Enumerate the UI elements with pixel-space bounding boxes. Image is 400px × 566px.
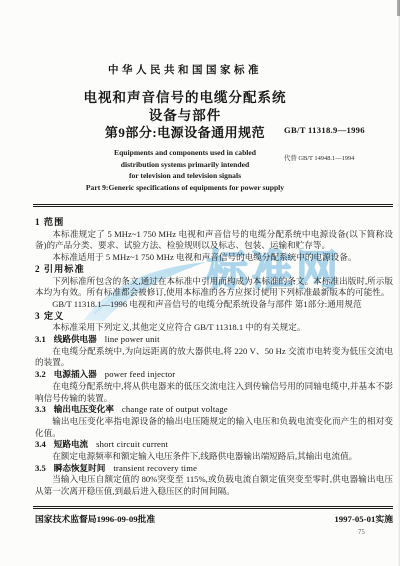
approval-authority-date: 国家技术监督局1996-09-09批准 xyxy=(35,512,155,525)
definition-body-3-3: 输出电压变化率指电源设备的输出电压随规定的输入电压和负载电流变化而产生的相对变化… xyxy=(35,416,393,439)
definition-term-zh: 线路供电器 xyxy=(54,334,97,344)
scope-paragraph-1: 本标准规定了 5 MHz~1 750 MHz 电视和声音信号的电缆分配系统中电源… xyxy=(35,229,393,252)
footer: 国家技术监督局1996-09-09批准 1997-05-01实施 xyxy=(35,512,393,525)
references-paragraph: 下列标准所包含的条文,通过在本标准中引用而构成为本标准的条文。本标准出版时,所示… xyxy=(35,276,393,299)
implementation-date: 1997-05-01实施 xyxy=(334,512,393,525)
title-en-line4: Part 9:Generic specifications of equipme… xyxy=(35,182,335,194)
section-heading-definitions: 3 定义 xyxy=(35,311,393,323)
definition-term-3-1: 3.1线路供电器line power unit xyxy=(35,334,393,346)
section-heading-references: 2 引用标准 xyxy=(35,264,393,276)
definitions-intro: 本标准采用下列定义,其他定义应符合 GB/T 11318.1 中的有关规定。 xyxy=(35,322,393,334)
page-number: 75 xyxy=(358,529,365,536)
definition-body-3-4: 在额定电源频率和额定输入电压条件下,线路供电器输出端短路后,其输出电流值。 xyxy=(35,451,393,463)
header-rule xyxy=(33,204,393,207)
definition-term-en: short circuit current xyxy=(96,439,168,449)
reference-entry: GB/T 11318.1—1996 电视和声音信号的电缆分配系统设备与部件 第1… xyxy=(35,299,393,311)
definition-term-zh: 瞬态恢复时间 xyxy=(54,463,106,473)
title-en-line3: for television and television signals xyxy=(35,170,335,182)
definition-body-3-1: 在电缆分配系统中,为向远距离的放大器供电,将 220 V、50 Hz 交流市电转… xyxy=(35,346,393,369)
national-standard-label: 中华人民共和国国家标准 xyxy=(35,62,335,77)
definition-term-en: line power unit xyxy=(105,334,160,344)
definition-term-zh: 电源插入器 xyxy=(54,369,97,379)
title-zh-line1: 电视和声音信号的电缆分配系统 xyxy=(35,86,335,106)
document-page: 标准网 中华人民共和国国家标准 电视和声音信号的电缆分配系统 设备与部件 第9部… xyxy=(0,0,400,566)
definition-term-en: transient recovery time xyxy=(113,463,197,473)
definition-number: 3.1 xyxy=(35,334,46,344)
definition-number: 3.2 xyxy=(35,369,46,379)
title-zh-line2: 设备与部件 xyxy=(35,104,335,124)
definition-number: 3.5 xyxy=(35,463,46,473)
definition-term-3-4: 3.4短路电流short circuit current xyxy=(35,439,393,451)
scope-paragraph-2: 本标准适用于 5 MHz~1 750 MHz 电视和声音信号的电缆分配系统中的电… xyxy=(35,252,393,264)
definition-term-en: change rate of output voltage xyxy=(122,404,228,414)
definition-body-3-5: 当输入电压自额定值的 80%突变至 115%,或负载电流自额定值突变至零时,供电… xyxy=(35,474,393,497)
definition-number: 3.3 xyxy=(35,404,46,414)
definition-term-3-3: 3.3输出电压变化率change rate of output voltage xyxy=(35,404,393,416)
definition-term-zh: 短路电流 xyxy=(54,439,88,449)
title-english: Equipments and components used in cabled… xyxy=(35,147,335,193)
definition-number: 3.4 xyxy=(35,439,46,449)
footer-rule xyxy=(33,506,393,509)
standard-number: GB/T 11318.9—1996 xyxy=(284,125,396,135)
title-en-line2: distribution systems primarily intended xyxy=(35,159,335,171)
document-body: 1 范围 本标准规定了 5 MHz~1 750 MHz 电视和声音信号的电缆分配… xyxy=(35,217,393,498)
definition-term-3-5: 3.5瞬态恢复时间transient recovery time xyxy=(35,463,393,475)
definition-term-3-2: 3.2电源插入器power feed injector xyxy=(35,369,393,381)
title-en-line1: Equipments and components used in cabled xyxy=(35,147,335,159)
definition-term-zh: 输出电压变化率 xyxy=(54,404,114,414)
definition-term-en: power feed injector xyxy=(105,369,176,379)
definition-body-3-2: 在电缆分配系统中,将从供电器来的低压交流电注入到传输信号用的同轴电缆中,并基本不… xyxy=(35,381,393,404)
section-heading-scope: 1 范围 xyxy=(35,217,393,229)
